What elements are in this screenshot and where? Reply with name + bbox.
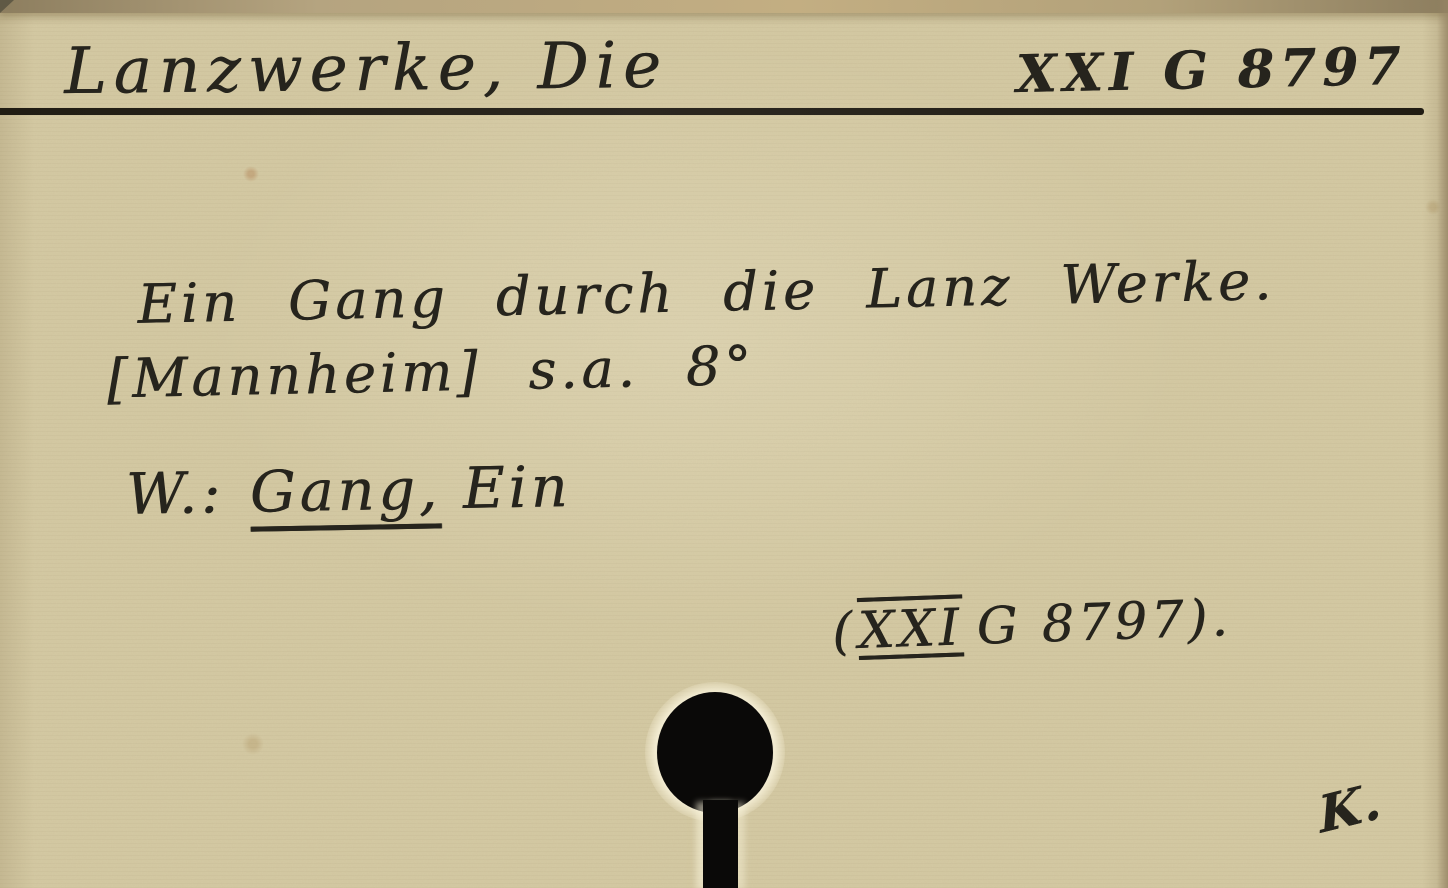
catalog-card: Lanzwerke, Die XXI G 8797 Ein Gang durch…	[0, 0, 1448, 888]
card-right-edge	[1437, 0, 1448, 888]
title-block: Ein Gang durch die Lanz Werke. [Mannheim…	[137, 244, 1278, 416]
shelfmark-note: (XXIG 8797).	[831, 589, 1232, 662]
cross-reference-tail: Ein	[462, 454, 572, 522]
header-rule	[0, 108, 1424, 115]
cross-reference-label: W.:	[125, 460, 224, 528]
call-number: XXI G 8797	[1015, 36, 1407, 105]
cross-reference-entry: Gang,	[249, 456, 441, 525]
shelfmark-open-paren: (	[831, 602, 857, 662]
card-top-edge	[0, 0, 1448, 13]
punch-hole-slot	[703, 800, 738, 888]
cross-reference: W.:Gang,Ein	[125, 454, 571, 528]
shelfmark-number: G 8797).	[976, 589, 1233, 657]
shelfmark-roman-numeral: XXI	[857, 598, 964, 661]
punch-hole-icon	[657, 692, 773, 813]
heading-title: Lanzwerke, Die	[64, 29, 669, 109]
cataloger-initials: K.	[1316, 770, 1385, 845]
